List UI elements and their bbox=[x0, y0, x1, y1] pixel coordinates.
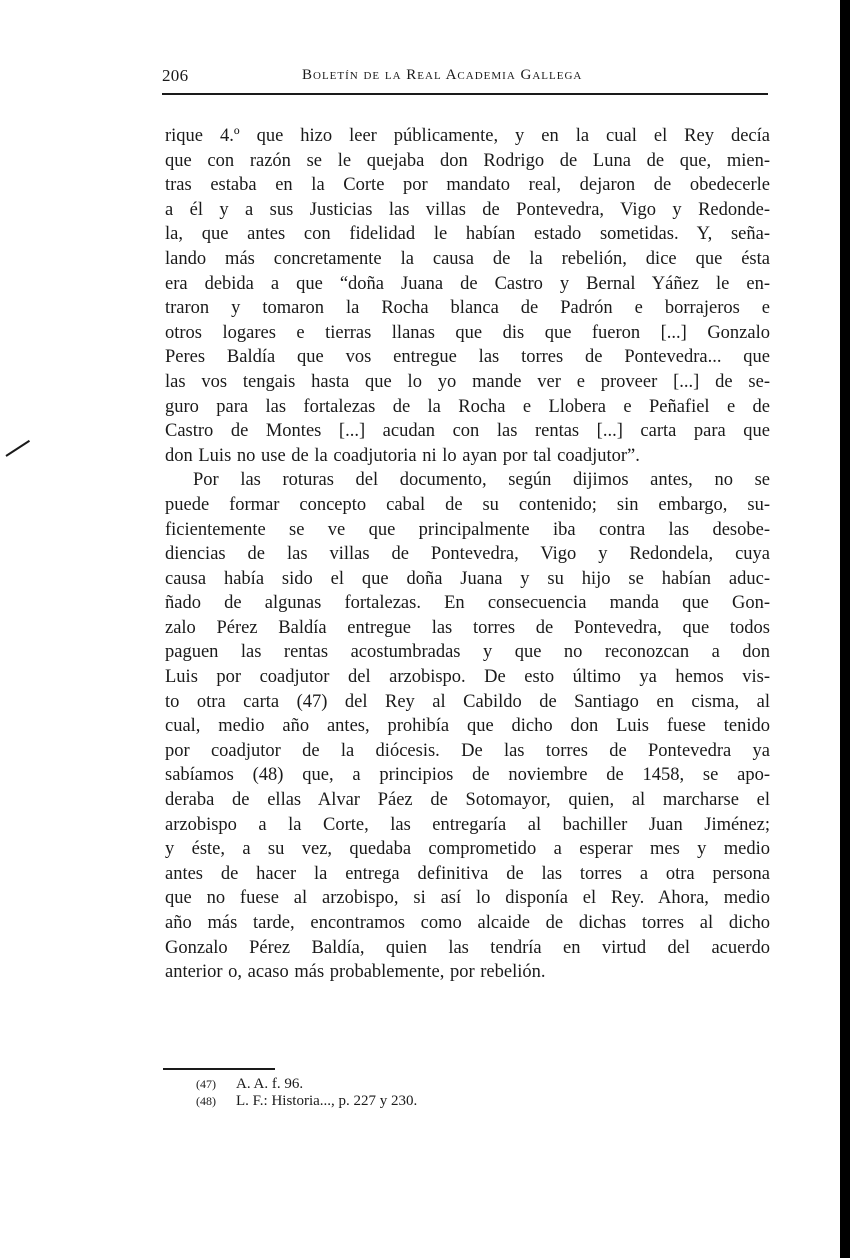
text-line: por coadjutor de la diócesis. De las tor… bbox=[165, 739, 770, 764]
text-line: rique 4.º que hizo leer públicamente, y … bbox=[165, 124, 770, 149]
text-line: causa había sido el que doña Juana y su … bbox=[165, 567, 770, 592]
text-line: antes de hacer la entrega definitiva de … bbox=[165, 862, 770, 887]
scanned-page: 206 Boletín de la Real Academia Gallega … bbox=[0, 0, 850, 1258]
footnote-text: A. A. f. 96. bbox=[236, 1076, 303, 1093]
text-line: cual, medio año antes, prohibía que dich… bbox=[165, 714, 770, 739]
text-line: ñado de algunas fortalezas. En consecuen… bbox=[165, 591, 770, 616]
text-line: tras estaba en la Corte por mandato real… bbox=[165, 173, 770, 198]
text-line: que no fuese al arzobispo, si así lo dis… bbox=[165, 886, 770, 911]
text-line: las vos tengais hasta que lo yo mande ve… bbox=[165, 370, 770, 395]
text-line: zalo Pérez Baldía entregue las torres de… bbox=[165, 616, 770, 641]
text-line: que con razón se le quejaba don Rodrigo … bbox=[165, 149, 770, 174]
footnote-47: (47) A. A. f. 96. bbox=[196, 1076, 417, 1093]
text-line: traron y tomaron la Rocha blanca de Padr… bbox=[165, 296, 770, 321]
scan-edge-border bbox=[840, 0, 850, 1258]
margin-pen-mark bbox=[5, 440, 30, 457]
text-line: ficientemente se ve que principalmente i… bbox=[165, 518, 770, 543]
footnote-number: (48) bbox=[196, 1093, 222, 1110]
text-line: Gonzalo Pérez Baldía, quien las tendría … bbox=[165, 936, 770, 961]
text-line: don Luis no use de la coadjutoria ni lo … bbox=[165, 444, 770, 469]
text-line: la, que antes con fidelidad le habían es… bbox=[165, 222, 770, 247]
text-line: Luis por coadjutor del arzobispo. De est… bbox=[165, 665, 770, 690]
footnote-rule bbox=[163, 1068, 275, 1070]
footnote-number: (47) bbox=[196, 1076, 222, 1093]
footnote-text: L. F.: Historia..., p. 227 y 230. bbox=[236, 1093, 417, 1110]
text-line: era debida a que “doña Juana de Castro y… bbox=[165, 272, 770, 297]
text-line: a él y a sus Justicias las villas de Pon… bbox=[165, 198, 770, 223]
text-line: lando más concretamente la causa de la r… bbox=[165, 247, 770, 272]
text-line: to otra carta (47) del Rey al Cabildo de… bbox=[165, 690, 770, 715]
text-line: Peres Baldía que vos entregue las torres… bbox=[165, 345, 770, 370]
text-line: sabíamos (48) que, a principios de novie… bbox=[165, 763, 770, 788]
body-text: rique 4.º que hizo leer públicamente, y … bbox=[165, 124, 770, 985]
footnotes: (47) A. A. f. 96. (48) L. F.: Historia..… bbox=[196, 1076, 417, 1110]
text-line: paguen las rentas acostumbradas y que no… bbox=[165, 640, 770, 665]
text-line: otros logares e tierras llanas que dis q… bbox=[165, 321, 770, 346]
text-line: deraba de ellas Alvar Páez de Sotomayor,… bbox=[165, 788, 770, 813]
text-line: diencias de las villas de Pontevedra, Vi… bbox=[165, 542, 770, 567]
text-line: Castro de Montes [...] acudan con las re… bbox=[165, 419, 770, 444]
text-line: guro para las fortalezas de la Rocha e L… bbox=[165, 395, 770, 420]
text-line: y éste, a su vez, quedaba comprometido a… bbox=[165, 837, 770, 862]
text-line: anterior o, acaso más probablemente, por… bbox=[165, 960, 770, 985]
page-header: 206 Boletín de la Real Academia Gallega bbox=[162, 64, 768, 94]
text-line: arzobispo a la Corte, las entregaría al … bbox=[165, 813, 770, 838]
text-line-paragraph-start: Por las roturas del documento, según dij… bbox=[165, 468, 770, 493]
text-line: puede formar concepto cabal de su conten… bbox=[165, 493, 770, 518]
text-line: año más tarde, encontramos como alcaide … bbox=[165, 911, 770, 936]
footnote-48: (48) L. F.: Historia..., p. 227 y 230. bbox=[196, 1093, 417, 1110]
page-number: 206 bbox=[162, 66, 188, 86]
running-title: Boletín de la Real Academia Gallega bbox=[302, 67, 582, 84]
header-rule bbox=[162, 93, 768, 95]
